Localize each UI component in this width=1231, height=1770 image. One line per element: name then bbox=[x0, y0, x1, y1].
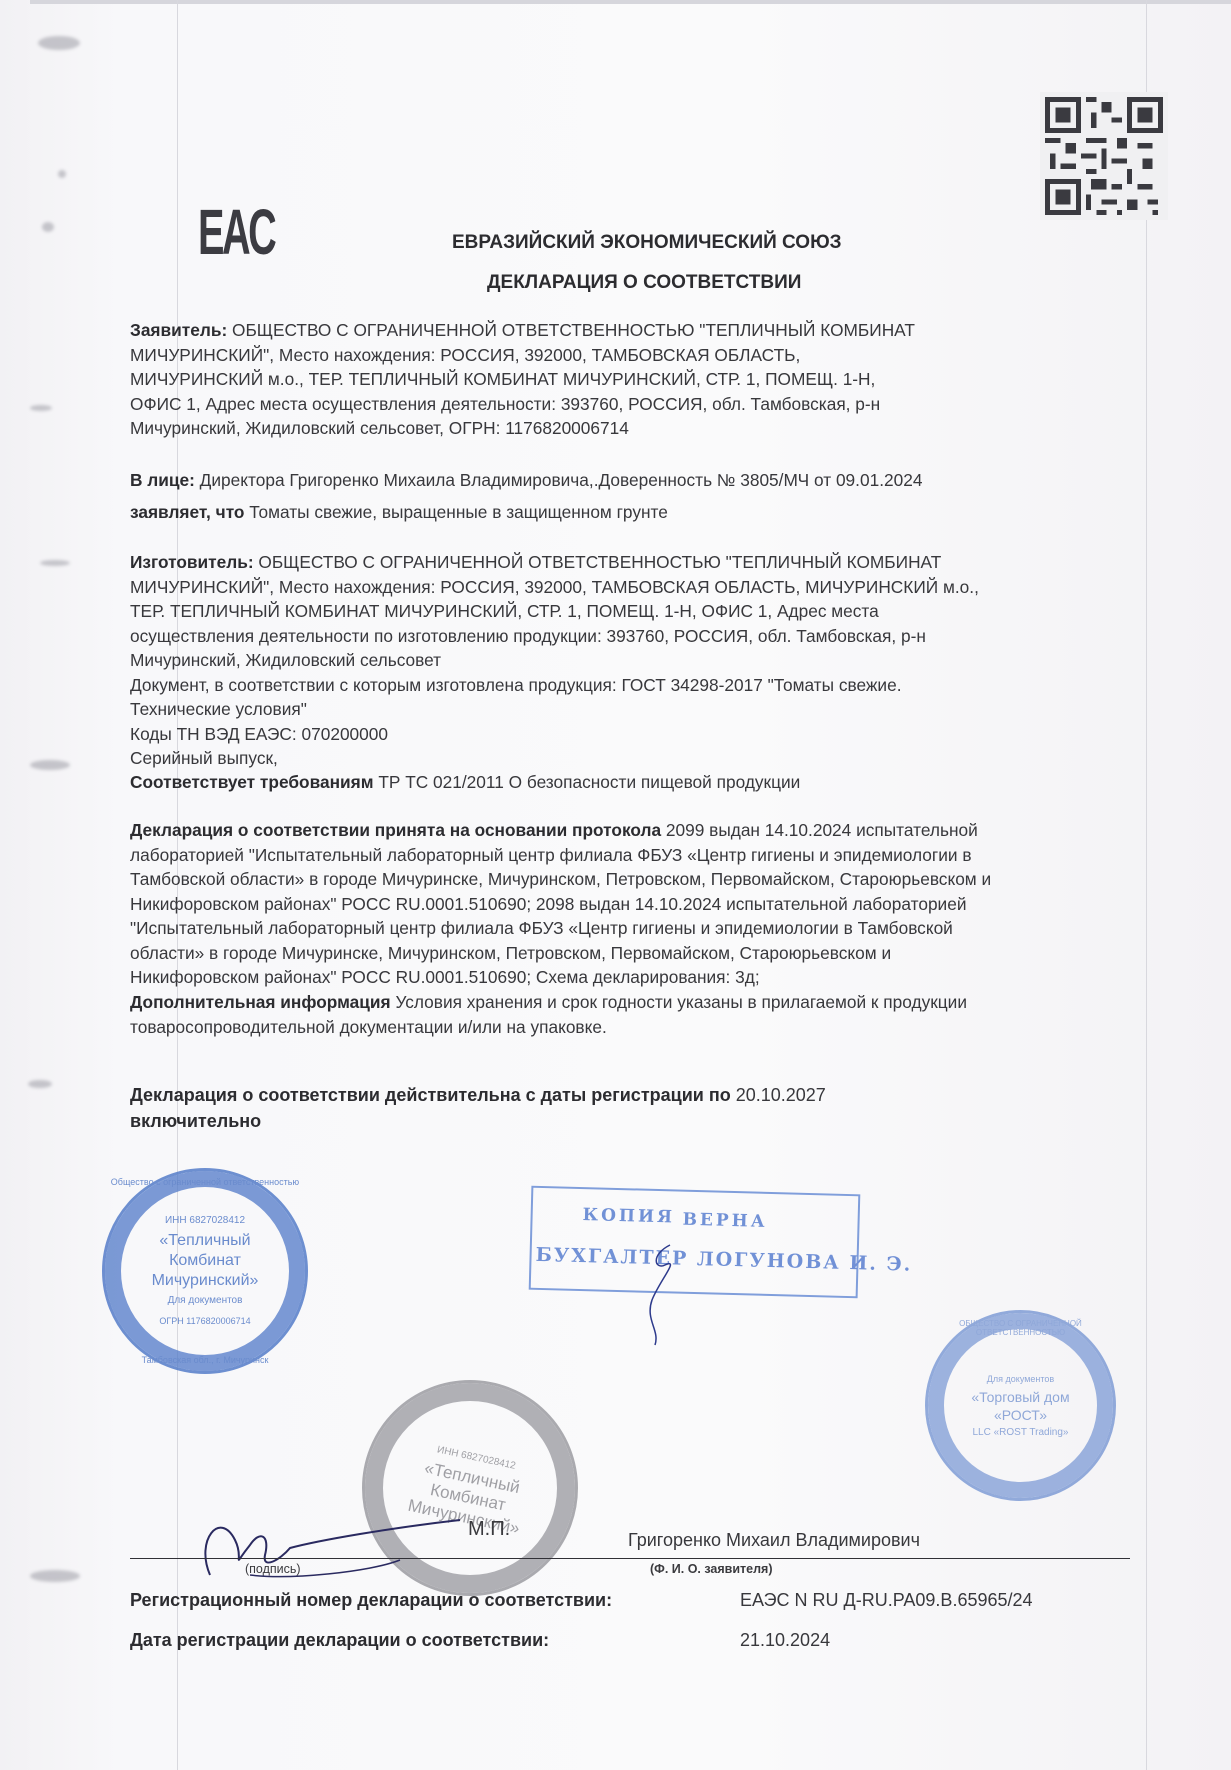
validity-date: 20.10.2027 bbox=[731, 1085, 826, 1105]
basis-line: области» в городе Мичуринске, Мичуринско… bbox=[130, 941, 1140, 966]
product-text: Томаты свежие, выращенные в защищенном г… bbox=[245, 502, 668, 522]
scan-speck bbox=[40, 560, 70, 566]
stamp-name-line: Мичуринский» bbox=[125, 1271, 285, 1291]
scan-speck bbox=[42, 222, 54, 232]
document-title: ДЕКЛАРАЦИЯ О СООТВЕТСТВИИ bbox=[487, 272, 887, 294]
basis-line: Тамбовской области» в городе Мичуринске,… bbox=[130, 867, 1140, 892]
registration-date-label: Дата регистрации декларации о соответств… bbox=[130, 1630, 549, 1651]
declares-section: заявляет, что Томаты свежие, выращенные … bbox=[130, 500, 1140, 525]
signer-caption: (Ф. И. О. заявителя) bbox=[650, 1562, 773, 1576]
stamp-ring-text: ОБЩЕСТВО С ОГРАНИЧЕННОЙ ОТВЕТСТВЕННОСТЬЮ bbox=[928, 1319, 1113, 1337]
basis-section: Декларация о соответствии принята на осн… bbox=[130, 818, 1140, 990]
copy-certified-stamp: КОПИЯ ВЕРНА БУХГАЛТЕР ЛОГУНОВА И. Э. bbox=[529, 1186, 861, 1299]
manufacturer-label: Изготовитель: bbox=[130, 552, 254, 572]
qr-code-icon bbox=[1040, 92, 1168, 220]
applicant-section: Заявитель: ОБЩЕСТВО С ОГРАНИЧЕННОЙ ОТВЕТ… bbox=[130, 318, 1140, 441]
applicant-label: Заявитель: bbox=[130, 320, 227, 340]
signature-caption: (подпись) bbox=[245, 1562, 301, 1576]
company-stamp-right: Для документов «Торговый дом «РОСТ» LLC … bbox=[925, 1310, 1116, 1501]
declares-label: заявляет, что bbox=[130, 502, 245, 522]
basis-label: Декларация о соответствии принята на осн… bbox=[130, 820, 661, 840]
director-signature-icon bbox=[190, 1500, 490, 1590]
manufacturer-line: ТЕР. ТЕПЛИЧНЫЙ КОМБИНАТ МИЧУРИНСКИЙ, СТР… bbox=[130, 599, 1140, 624]
manufacturer-line: Серийный выпуск, bbox=[130, 746, 1140, 771]
stamp-name-line: «Торговый дом bbox=[947, 1388, 1095, 1406]
union-heading: ЕВРАЗИЙСКИЙ ЭКОНОМИЧЕСКИЙ СОЮЗ bbox=[452, 232, 912, 254]
signature-line bbox=[130, 1558, 1130, 1559]
stamp-inn: ИНН 6827028412 bbox=[125, 1211, 285, 1231]
stamp-name-line: «РОСТ» bbox=[947, 1406, 1095, 1424]
eac-logo: EAC bbox=[198, 200, 274, 264]
scan-speck bbox=[28, 1080, 52, 1088]
manufacturer-section: Изготовитель: ОБЩЕСТВО С ОГРАНИЧЕННОЙ ОТ… bbox=[130, 550, 1140, 771]
seal-place-label: М.П. bbox=[468, 1518, 510, 1541]
manufacturer-line: Коды ТН ВЭД ЕАЭС: 070200000 bbox=[130, 722, 1140, 747]
compliance-label: Соответствует требованиям bbox=[130, 772, 374, 792]
representative-text: Директора Григоренко Михаила Владимирови… bbox=[195, 470, 923, 490]
manufacturer-line: Документ, в соответствии с которым изгот… bbox=[130, 673, 1140, 698]
stamp-name-line: Комбинат bbox=[125, 1251, 285, 1271]
stamp-ring-text: Общество с ограниченной ответственностью bbox=[105, 1177, 305, 1187]
scan-speck bbox=[30, 1570, 80, 1582]
scan-top-edge bbox=[30, 0, 1231, 4]
basis-line: 2099 выдан 14.10.2024 испытательной bbox=[661, 820, 978, 840]
stamp-name-line: «Тепличный bbox=[125, 1231, 285, 1251]
stamp-purpose: Для документов bbox=[125, 1291, 285, 1311]
scan-fold-line bbox=[1146, 0, 1147, 1770]
basis-line: Никифоровском районах" РОСС RU.0001.5106… bbox=[130, 965, 1140, 990]
stamp-name-line: LLC «ROST Trading» bbox=[947, 1424, 1095, 1442]
signer-name: Григоренко Михаил Владимирович bbox=[628, 1530, 920, 1551]
scan-speck bbox=[30, 760, 70, 770]
basis-line: "Испытательный лабораторный центр филиал… bbox=[130, 916, 1140, 941]
applicant-line: ОФИС 1, Адрес места осуществления деятел… bbox=[130, 392, 1140, 417]
registration-date-value: 21.10.2024 bbox=[740, 1630, 830, 1651]
applicant-line: Мичуринский, Жидиловский сельсовет, ОГРН… bbox=[130, 416, 1140, 441]
validity-label: Декларация о соответствии действительна … bbox=[130, 1085, 731, 1105]
applicant-line: МИЧУРИНСКИЙ м.о., ТЕР. ТЕПЛИЧНЫЙ КОМБИНА… bbox=[130, 367, 1140, 392]
applicant-line: ОБЩЕСТВО С ОГРАНИЧЕННОЙ ОТВЕТСТВЕННОСТЬЮ… bbox=[227, 320, 915, 340]
manufacturer-line: Мичуринский, Жидиловский сельсовет bbox=[130, 648, 1140, 673]
stamp-ogrn: ОГРН 1176820006714 bbox=[125, 1311, 285, 1331]
compliance-section: Соответствует требованиям ТР ТС 021/2011… bbox=[130, 770, 1140, 795]
scan-speck bbox=[38, 36, 80, 50]
manufacturer-line: МИЧУРИНСКИЙ", Место нахождения: РОССИЯ, … bbox=[130, 575, 1140, 600]
manufacturer-line: Технические условия" bbox=[130, 697, 1140, 722]
declaration-page: EAC ЕВРАЗИЙСКИЙ ЭКОНОМИЧЕСКИЙ СОЮЗ ДЕКЛА… bbox=[0, 0, 1231, 1770]
scan-speck bbox=[30, 405, 52, 411]
representative-section: В лице: Директора Григоренко Михаила Вла… bbox=[130, 468, 1140, 493]
scan-speck bbox=[58, 170, 66, 178]
copy-stamp-text: ВЕРНА bbox=[682, 1210, 768, 1232]
copy-stamp-text: КОПИЯ bbox=[582, 1205, 675, 1227]
basis-line: Никифоровском районах" РОСС RU.0001.5106… bbox=[130, 892, 1140, 917]
validity-section: Декларация о соответствии действительна … bbox=[130, 1082, 1140, 1134]
compliance-text: ТР ТС 021/2011 О безопасности пищевой пр… bbox=[374, 772, 801, 792]
manufacturer-line: осуществления деятельности по изготовлен… bbox=[130, 624, 1140, 649]
registration-number-value: ЕАЭС N RU Д-RU.PA09.B.65965/24 bbox=[740, 1590, 1033, 1611]
stamp-purpose: Для документов bbox=[947, 1370, 1095, 1388]
applicant-line: МИЧУРИНСКИЙ", Место нахождения: РОССИЯ, … bbox=[130, 343, 1140, 368]
company-stamp-left: ИНН 6827028412 «Тепличный Комбинат Мичур… bbox=[102, 1168, 308, 1374]
registration-number-label: Регистрационный номер декларации о соотв… bbox=[130, 1590, 612, 1611]
basis-line: лабораторией "Испытательный лабораторный… bbox=[130, 843, 1140, 868]
representative-label: В лице: bbox=[130, 470, 195, 490]
accountant-signature-icon bbox=[640, 1240, 690, 1350]
additional-info-label: Дополнительная информация bbox=[130, 992, 391, 1012]
additional-info-line: товаросопроводительной документации и/ил… bbox=[130, 1015, 1140, 1040]
validity-suffix: включительно bbox=[130, 1108, 1140, 1134]
manufacturer-line: ОБЩЕСТВО С ОГРАНИЧЕННОЙ ОТВЕТСТВЕННОСТЬЮ… bbox=[254, 552, 942, 572]
stamp-ring-text: Тамбовская обл., г. Мичуринск bbox=[105, 1355, 305, 1365]
additional-info-line: Условия хранения и срок годности указаны… bbox=[391, 992, 967, 1012]
copy-stamp-text: БУХГАЛТЕР ЛОГУНОВА И. Э. bbox=[535, 1244, 912, 1276]
additional-info-section: Дополнительная информация Условия хранен… bbox=[130, 990, 1140, 1039]
